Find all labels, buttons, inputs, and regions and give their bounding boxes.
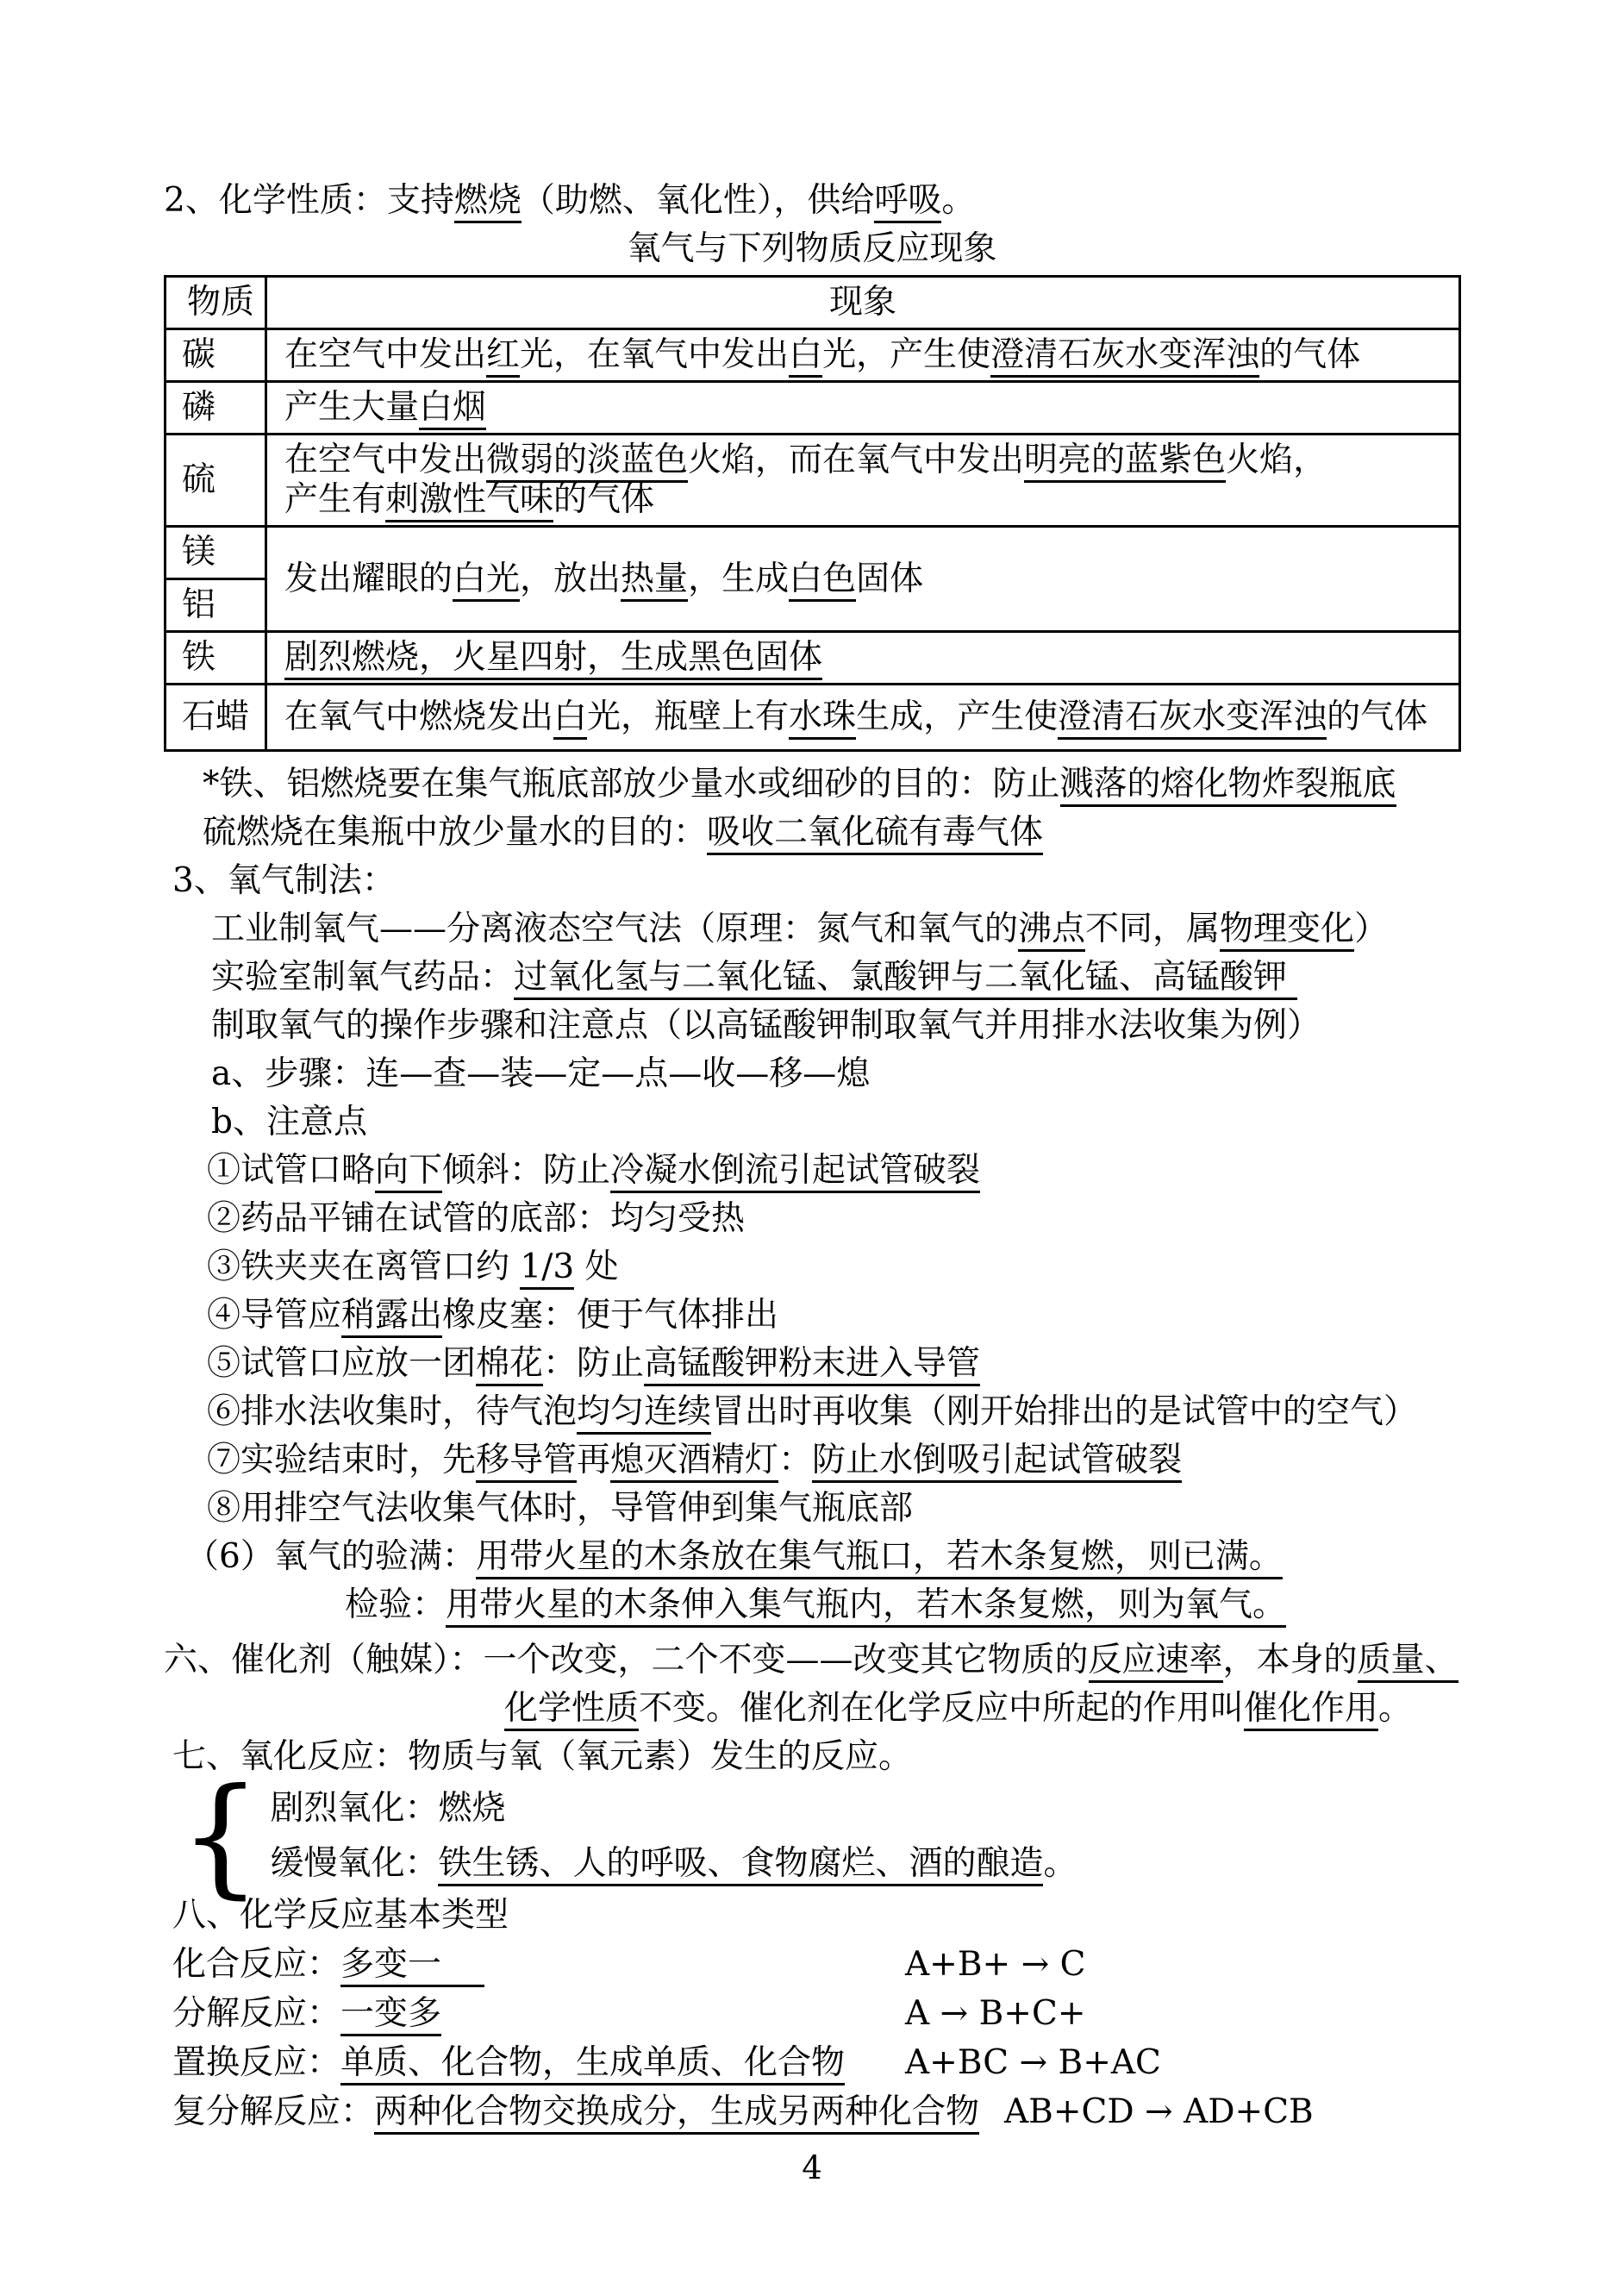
underlined-text: 多变一 [340,1945,484,1987]
phenomenon-sulfur-line1: 在空气中发出微弱的淡蓝色火焰，而在氧气中发出明亮的蓝紫色火焰， [284,441,1441,480]
underlined-text: 用带火星的木条放在集气瓶口，若木条复燃，则已满。 [476,1537,1283,1579]
underlined-text: 沸点 [1018,910,1085,952]
underlined-text: 1/3 [520,1248,574,1290]
footnote-sulfur: 硫燃烧在集瓶中放少量水的目的：吸收二氧化硫有毒气体 [164,809,1460,857]
underlined-text: 高锰酸钾粉末进入导管 [644,1344,980,1386]
plain-text: 。 [941,181,975,220]
underlined-text: 白色 [789,560,856,602]
plain-text: （6）氧气的验满： [185,1537,476,1576]
document-page: 2、化学性质：支持燃烧（助燃、氧化性），供给呼吸。 氧气与下列物质反应现象 物质… [0,0,1624,2295]
row-double-displacement-reaction: 复分解反应：两种化合物交换成分，生成另两种化合物 AB+CD → AD+CB [164,2087,1460,2136]
plain-text: 3、氧气制法： [172,861,396,900]
line-vigorous-oxidation: 剧烈氧化：燃烧 [270,1781,1077,1836]
underlined-text: 冷凝水倒流引起试管破裂 [610,1151,980,1193]
plain-text: 不同，属 [1085,910,1220,948]
plain-text: 倾斜：防止 [442,1151,610,1190]
heading-oxygen-preparation: 3、氧气制法： [164,857,1460,905]
plain-text: ，生成 [688,560,789,598]
plain-text: ⑧用排空气法收集气体时，导管伸到集气瓶底部 [207,1489,913,1528]
note-4-tube-stopper: ④导管应稍露出橡皮塞：便于气体排出 [164,1291,1460,1340]
line-catalyst-2: 化学性质不变。催化剂在化学反应中所起的作用叫催化作用。 [164,1685,1460,1733]
plain-text: ） [1354,910,1388,948]
line-industrial-oxygen: 工业制氧气——分离液态空气法（原理：氮气和氧气的沸点不同，属物理变化） [164,905,1460,954]
plain-text: 产生有 [284,480,385,519]
line-step-a: a、步骤：连—查—装—定—点—收—移—熄 [164,1050,1460,1098]
substance-aluminum: 铝 [166,579,266,632]
plain-text: 不变。催化剂在化学反应中所起的作用叫 [639,1689,1244,1728]
plain-text: ④导管应 [207,1296,341,1335]
formula-displacement: A+BC → B+AC [905,2038,1161,2087]
substance-sulfur: 硫 [166,435,266,527]
underlined-text: 水珠 [789,697,856,740]
underlined-text: 稍露出 [341,1296,442,1338]
plain-text: 制取氧气的操作步骤和注意点（以高锰酸钾制取氧气并用排水法收集为例） [211,1006,1321,1045]
underlined-text: 用带火星的木条伸入集气瓶内，若木条复燃，则为氧气。 [446,1585,1286,1628]
plain-text: 火焰，而在氧气中发出 [688,441,1024,479]
row-decomposition-reaction: 分解反应：一变多 A → B+C+ [164,1989,1460,2038]
underlined-text: 澄清石灰水变浑浊 [1058,697,1327,740]
page-number: 4 [164,2147,1460,2190]
underlined-text: 向下 [375,1151,442,1193]
plain-text: 。 [1378,1689,1412,1728]
oxygen-reaction-table: 物质 现象 碳 在空气中发出红光，在氧气中发出白光，产生使澄清石灰水变浑浊的气体… [164,275,1461,752]
plain-text: 检验： [345,1585,446,1624]
underlined-text: 燃烧 [454,181,522,223]
underlined-text: 化学性质 [504,1689,639,1731]
line-step-b: b、注意点 [164,1098,1460,1147]
plain-text: 实验室制氧气药品： [211,958,514,997]
oxidation-brace-block: { 剧烈氧化：燃烧 缓慢氧化：铁生锈、人的呼吸、食物腐烂、酒的酿造。 [164,1781,1460,1892]
note-5-cotton: ⑤试管口应放一团棉花：防止高锰酸钾粉末进入导管 [164,1340,1460,1388]
underlined-text: 反应速率 [1089,1641,1223,1683]
header-phenomenon: 现象 [266,277,1460,329]
phenomenon-carbon: 在空气中发出红光，在氧气中发出白光，产生使澄清石灰水变浑浊的气体 [266,329,1460,382]
plain-text: b、注意点 [211,1103,367,1141]
underlined-text: 质量、 [1358,1641,1458,1683]
plain-text: 六、催化剂（触媒）：一个改变，二个不变——改变其它物质的 [164,1641,1089,1679]
plain-text: ，本身的 [1223,1641,1358,1679]
underlined-text: 棉花 [476,1344,543,1386]
left-brace-glyph: { [179,1781,261,1892]
plain-text: 在空气中发出 [284,335,486,374]
substance-phosphorus: 磷 [166,382,266,435]
plain-text: 橡皮塞：便于气体排出 [442,1296,778,1335]
plain-text: 的气体 [1259,335,1360,374]
plain-text: ①试管口略 [207,1151,375,1190]
plain-text: ： [778,1441,812,1479]
plain-text: ③铁夹夹在离管口约 [207,1248,520,1286]
underlined-text: 均匀连续 [577,1392,711,1435]
plain-text: ，放出 [520,560,621,598]
table-row-phosphorus: 磷 产生大量白烟 [166,382,1460,435]
plain-text: *铁、铝燃烧要在集气瓶底部放少量水或细砂的目的：防止 [203,765,1060,804]
plain-text: 复分解反应： [172,2092,374,2131]
phenomenon-sulfur: 在空气中发出微弱的淡蓝色火焰，而在氧气中发出明亮的蓝紫色火焰， 产生有刺激性气味… [266,435,1460,527]
underlined-text: 热量 [621,560,688,602]
phenomenon-sulfur-line2: 产生有刺激性气味的气体 [284,480,1441,520]
plain-text: 硫燃烧在集瓶中放少量水的目的： [203,813,707,852]
underlined-text: 两种化合物交换成分，生成另两种化合物 [374,2092,979,2135]
row-displacement-reaction: 置换反应：单质、化合物，生成单质、化合物 A+BC → B+AC [164,2038,1460,2087]
note-8-air-collection: ⑧用排空气法收集气体时，导管伸到集气瓶底部 [164,1485,1460,1533]
underlined-text: 白光 [453,560,520,602]
note-7-end-experiment: ⑦实验结束时，先移导管再熄灭酒精灯：防止水倒吸引起试管破裂 [164,1436,1460,1485]
phenomenon-mg-al: 发出耀眼的白光，放出热量，生成白色固体 [266,527,1460,632]
plain-text: 处 [574,1248,618,1286]
plain-text: 光，在氧气中发出 [520,335,789,374]
underlined-text: 呼吸 [874,181,941,223]
plain-text: ②药品平铺在试管的底部：均匀受热 [207,1199,745,1238]
phenomenon-wax: 在氧气中燃烧发出白光，瓶壁上有水珠生成，产生使澄清石灰水变浑浊的气体 [266,685,1460,751]
underlined-text: 剧烈燃烧，火星四射，生成黑色固体 [284,638,822,680]
line-oxygen-check-test: 检验：用带火星的木条伸入集气瓶内，若木条复燃，则为氧气。 [164,1581,1460,1629]
underlined-text: 白烟 [419,388,486,430]
substance-wax: 石蜡 [166,685,266,751]
underlined-text: 防止水倒吸引起试管破裂 [812,1441,1182,1483]
underlined-text: 催化作用 [1244,1689,1378,1731]
note-1-tube-tilt: ①试管口略向下倾斜：防止冷凝水倒流引起试管破裂 [164,1147,1460,1195]
underlined-text: 澄清石灰水变浑浊 [990,335,1259,378]
substance-iron: 铁 [166,632,266,685]
underlined-text: 白 [553,697,587,740]
header-substance: 物质 [166,277,266,329]
line-combination: 化合反应：多变一 [164,1940,1460,1989]
table-row-wax: 石蜡 在氧气中燃烧发出白光，瓶壁上有水珠生成，产生使澄清石灰水变浑浊的气体 [166,685,1460,751]
plain-text: 化合反应： [172,1945,340,1984]
plain-text: 七、氧化反应：物质与氧（氧元素）发生的反应。 [172,1737,912,1776]
underlined-text: 白 [789,335,822,378]
plain-text: 在空气中发出 [284,441,486,479]
line-slow-oxidation: 缓慢氧化：铁生锈、人的呼吸、食物腐烂、酒的酿造。 [270,1836,1077,1892]
plain-text: 剧烈氧化：燃烧 [270,1789,505,1828]
substance-magnesium: 镁 [166,527,266,579]
plain-text: 缓慢氧化： [270,1844,438,1883]
line-decomposition: 分解反应：一变多 [164,1989,1460,2038]
table-row-iron: 铁 剧烈燃烧，火星四射，生成黑色固体 [166,632,1460,685]
table-row-magnesium: 镁 发出耀眼的白光，放出热量，生成白色固体 [166,527,1460,579]
plain-text: 产生大量 [284,388,419,427]
plain-text: 置换反应： [172,2043,340,2082]
table-title: 氧气与下列物质反应现象 [164,225,1460,273]
substance-carbon: 碳 [166,329,266,382]
underlined-text: 微弱的淡蓝色 [486,441,688,483]
line-lab-reagents: 实验室制氧气药品：过氧化氢与二氧化锰、氯酸钾与二氧化锰、高锰酸钾 [164,954,1460,1002]
plain-text: 八、化学反应基本类型 [172,1896,509,1935]
plain-text: 的气体 [1327,697,1427,736]
plain-text: 固体 [856,560,923,598]
underlined-text: 刺激性气味 [385,480,553,522]
plain-text: （助燃、氧化性），供给 [522,181,875,220]
underlined-text: 单质、化合物，生成单质、化合物 [340,2043,845,2086]
plain-text: 光，产生使 [822,335,990,374]
underlined-text: 移导管 [476,1441,577,1483]
plain-text: 生成，产生使 [856,697,1058,736]
line-steps-intro: 制取氧气的操作步骤和注意点（以高锰酸钾制取氧气并用排水法收集为例） [164,1002,1460,1050]
plain-text: 分解反应： [172,1994,340,2033]
phenomenon-phosphorus: 产生大量白烟 [266,382,1460,435]
underlined-text: 物理变化 [1220,910,1354,952]
plain-text: ⑤试管口应放一团 [207,1344,476,1383]
underlined-text: 明亮的蓝紫色 [1024,441,1226,483]
plain-text: 的气体 [553,480,654,519]
note-6-water-collection: ⑥排水法收集时，待气泡均匀连续冒出时再收集（刚开始排出的是试管中的空气） [164,1388,1460,1436]
formula-decomposition: A → B+C+ [905,1989,1086,2038]
line-displacement: 置换反应：单质、化合物，生成单质、化合物 [164,2038,1460,2087]
heading-oxidation-reaction: 七、氧化反应：物质与氧（氧元素）发生的反应。 [164,1733,1460,1781]
underlined-text: 一变多 [340,1994,441,2036]
line-oxygen-full-test: （6）氧气的验满：用带火星的木条放在集气瓶口，若木条复燃，则已满。 [164,1533,1460,1581]
plain-text: 2、化学性质：支持 [164,181,454,220]
underlined-text: 溅落的熔化物炸裂瓶底 [1060,765,1396,807]
row-combination-reaction: 化合反应：多变一 A+B+ → C [164,1940,1460,1989]
plain-text: a、步骤：连—查—装—定—点—收—移—熄 [211,1054,870,1093]
line-catalyst-1: 六、催化剂（触媒）：一个改变，二个不变——改变其它物质的反应速率，本身的质量、 [164,1636,1460,1685]
plain-text: ⑦实验结束时，先 [207,1441,476,1479]
plain-text: 工业制氧气——分离液态空气法（原理：氮气和氧气的 [211,910,1018,948]
table-header-row: 物质 现象 [166,277,1460,329]
plain-text: 再 [577,1441,610,1479]
line-chemical-properties: 2、化学性质：支持燃烧（助燃、氧化性），供给呼吸。 [164,177,1460,225]
table-row-sulfur: 硫 在空气中发出微弱的淡蓝色火焰，而在氧气中发出明亮的蓝紫色火焰， 产生有刺激性… [166,435,1460,527]
note-3-clamp-position: ③铁夹夹在离管口约 1/3 处 [164,1243,1460,1291]
formula-double-displacement: AB+CD → AD+CB [1004,2087,1314,2136]
underlined-text: 熄灭酒精灯 [610,1441,778,1483]
plain-text: 发出耀眼的 [284,560,453,598]
plain-text: 火焰， [1226,441,1327,479]
underlined-text: 铁生锈、人的呼吸、食物腐烂、酒的酿造 [438,1844,1043,1886]
plain-text: ：防止 [543,1344,644,1383]
underlined-text: 吸收二氧化硫有毒气体 [707,813,1043,855]
plain-text: 光，瓶壁上有 [587,697,789,736]
heading-reaction-types: 八、化学反应基本类型 [164,1892,1460,1940]
table-row-carbon: 碳 在空气中发出红光，在氧气中发出白光，产生使澄清石灰水变浑浊的气体 [166,329,1460,382]
plain-text: ⑥排水法收集时，待气泡 [207,1392,577,1431]
phenomenon-iron: 剧烈燃烧，火星四射，生成黑色固体 [266,632,1460,685]
underlined-text: 过氧化氢与二氧化锰、氯酸钾与二氧化锰、高锰酸钾 [514,958,1297,1000]
formula-combination: A+B+ → C [905,1940,1086,1989]
plain-text: 。 [1043,1844,1077,1883]
note-2-spread-reagent: ②药品平铺在试管的底部：均匀受热 [164,1195,1460,1243]
underlined-text: 红 [486,335,520,378]
plain-text: 冒出时再收集（刚开始排出的是试管中的空气） [711,1392,1417,1431]
footnote-iron-aluminum: *铁、铝燃烧要在集气瓶底部放少量水或细砂的目的：防止溅落的熔化物炸裂瓶底 [164,760,1460,809]
plain-text: 在氧气中燃烧发出 [284,697,553,736]
